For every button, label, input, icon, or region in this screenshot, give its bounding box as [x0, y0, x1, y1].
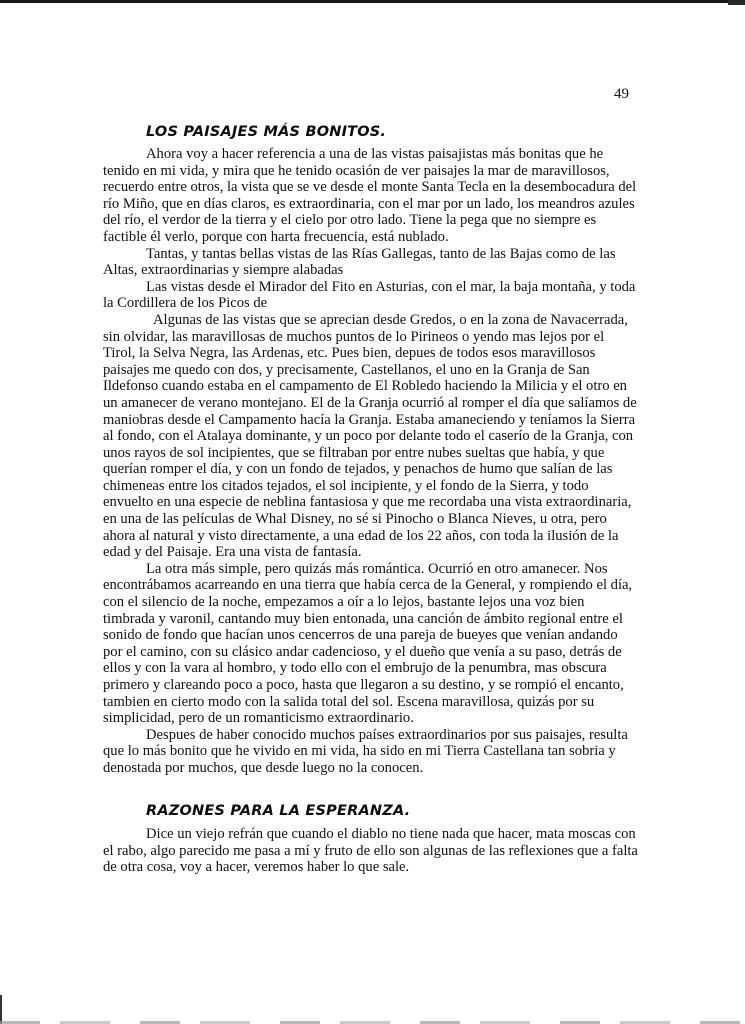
text-line: la Cordillera de los Picos de [103, 295, 648, 312]
text-line: edad y del Paisaje. Era una vista de fan… [103, 544, 648, 561]
text-line: Ahora voy a hacer referencia a una de la… [103, 146, 648, 163]
text-line: paisajes me quedo con dos, y precisament… [103, 362, 648, 379]
text-line: recuerdo entre otros, la vista que se ve… [103, 179, 648, 196]
text-line: por el camino, con su clásico andar cade… [103, 644, 648, 661]
text-line: ahora al natural y visto directamente, a… [103, 528, 648, 545]
text-line: Ildefonso cuando estaba en el campamento… [103, 378, 648, 395]
text-line: de otra cosa, voy a hacer, veremos haber… [103, 859, 648, 876]
section-heading-razones: RAZONES PARA LA ESPERANZA. [146, 803, 410, 820]
text-line: con el silencio de la noche, empezamos a… [103, 594, 648, 611]
text-line: ellos y con la vara al hombro, y todo el… [103, 660, 648, 677]
page-number: 49 [614, 86, 629, 103]
text-line: Las vistas desde el Mirador del Fito en … [103, 279, 648, 296]
section-heading-paisajes: LOS PAISAJES MÁS BONITOS. [146, 124, 386, 141]
scan-top-border-corner [728, 0, 745, 5]
text-line: querían romper el día, y con un fondo de… [103, 461, 648, 478]
section-body-razones: Dice un viejo refrán que cuando el diabl… [103, 826, 648, 876]
text-line: sin olvidar, las maravillosas de muchos … [103, 329, 648, 346]
text-line: que lo más bonito que he vivido en mi vi… [103, 743, 648, 760]
text-line: denostada por muchos, que desde luego no… [103, 760, 648, 777]
text-line: encontrábamos acarreando en una tierra q… [103, 577, 648, 594]
text-line: maniobras desde el Campamento hacía la G… [103, 412, 648, 429]
text-line: Algunas de las vistas que se aprecian de… [103, 312, 648, 329]
text-line: Tirol, la Selva Negra, las Ardenas, etc.… [103, 345, 648, 362]
text-line: unos rayos de sol incipientes, que se fi… [103, 445, 648, 462]
text-line: en una de las películas de Whal Disney, … [103, 511, 648, 528]
text-line: un amanecer de verano montejano. El de l… [103, 395, 648, 412]
text-line: Dice un viejo refrán que cuando el diabl… [103, 826, 648, 843]
text-line: factible él verlo, porque con harta frec… [103, 229, 648, 246]
text-line: simplicidad, pero de un romanticismo ext… [103, 710, 648, 727]
text-line: tambien en cierto modo con la salida tot… [103, 694, 648, 711]
scan-left-border [0, 995, 2, 1024]
text-line: La otra más simple, pero quizás más romá… [103, 561, 648, 578]
text-line: envuelto en una especie de neblina fanta… [103, 494, 648, 511]
text-line: primero y clareando poco a poco, hasta q… [103, 677, 648, 694]
text-line: sonido de fondo que hacían unos cencerro… [103, 627, 648, 644]
text-line: Despues de haber conocido muchos países … [103, 727, 648, 744]
text-line: al fondo, con el Atalaya dominante, y un… [103, 428, 648, 445]
text-line: río Miño, que en días claros, es extraor… [103, 196, 648, 213]
text-line: chimeneas entre los citados tejados, el … [103, 478, 648, 495]
text-line: Altas, extraordinarias y siempre alabada… [103, 262, 648, 279]
text-line: timbrada y varonil, cantando muy bien en… [103, 611, 648, 628]
text-line: tenido en mi vida, y mira que he tenido … [103, 163, 648, 180]
text-line: del río, el verdor de la tierra y el cie… [103, 212, 648, 229]
section-body-paisajes: Ahora voy a hacer referencia a una de la… [103, 146, 648, 777]
scan-top-border [0, 0, 728, 3]
text-line: el rabo, algo parecido me pasa a mí y fr… [103, 843, 648, 860]
text-line: Tantas, y tantas bellas vistas de las Rí… [103, 246, 648, 263]
